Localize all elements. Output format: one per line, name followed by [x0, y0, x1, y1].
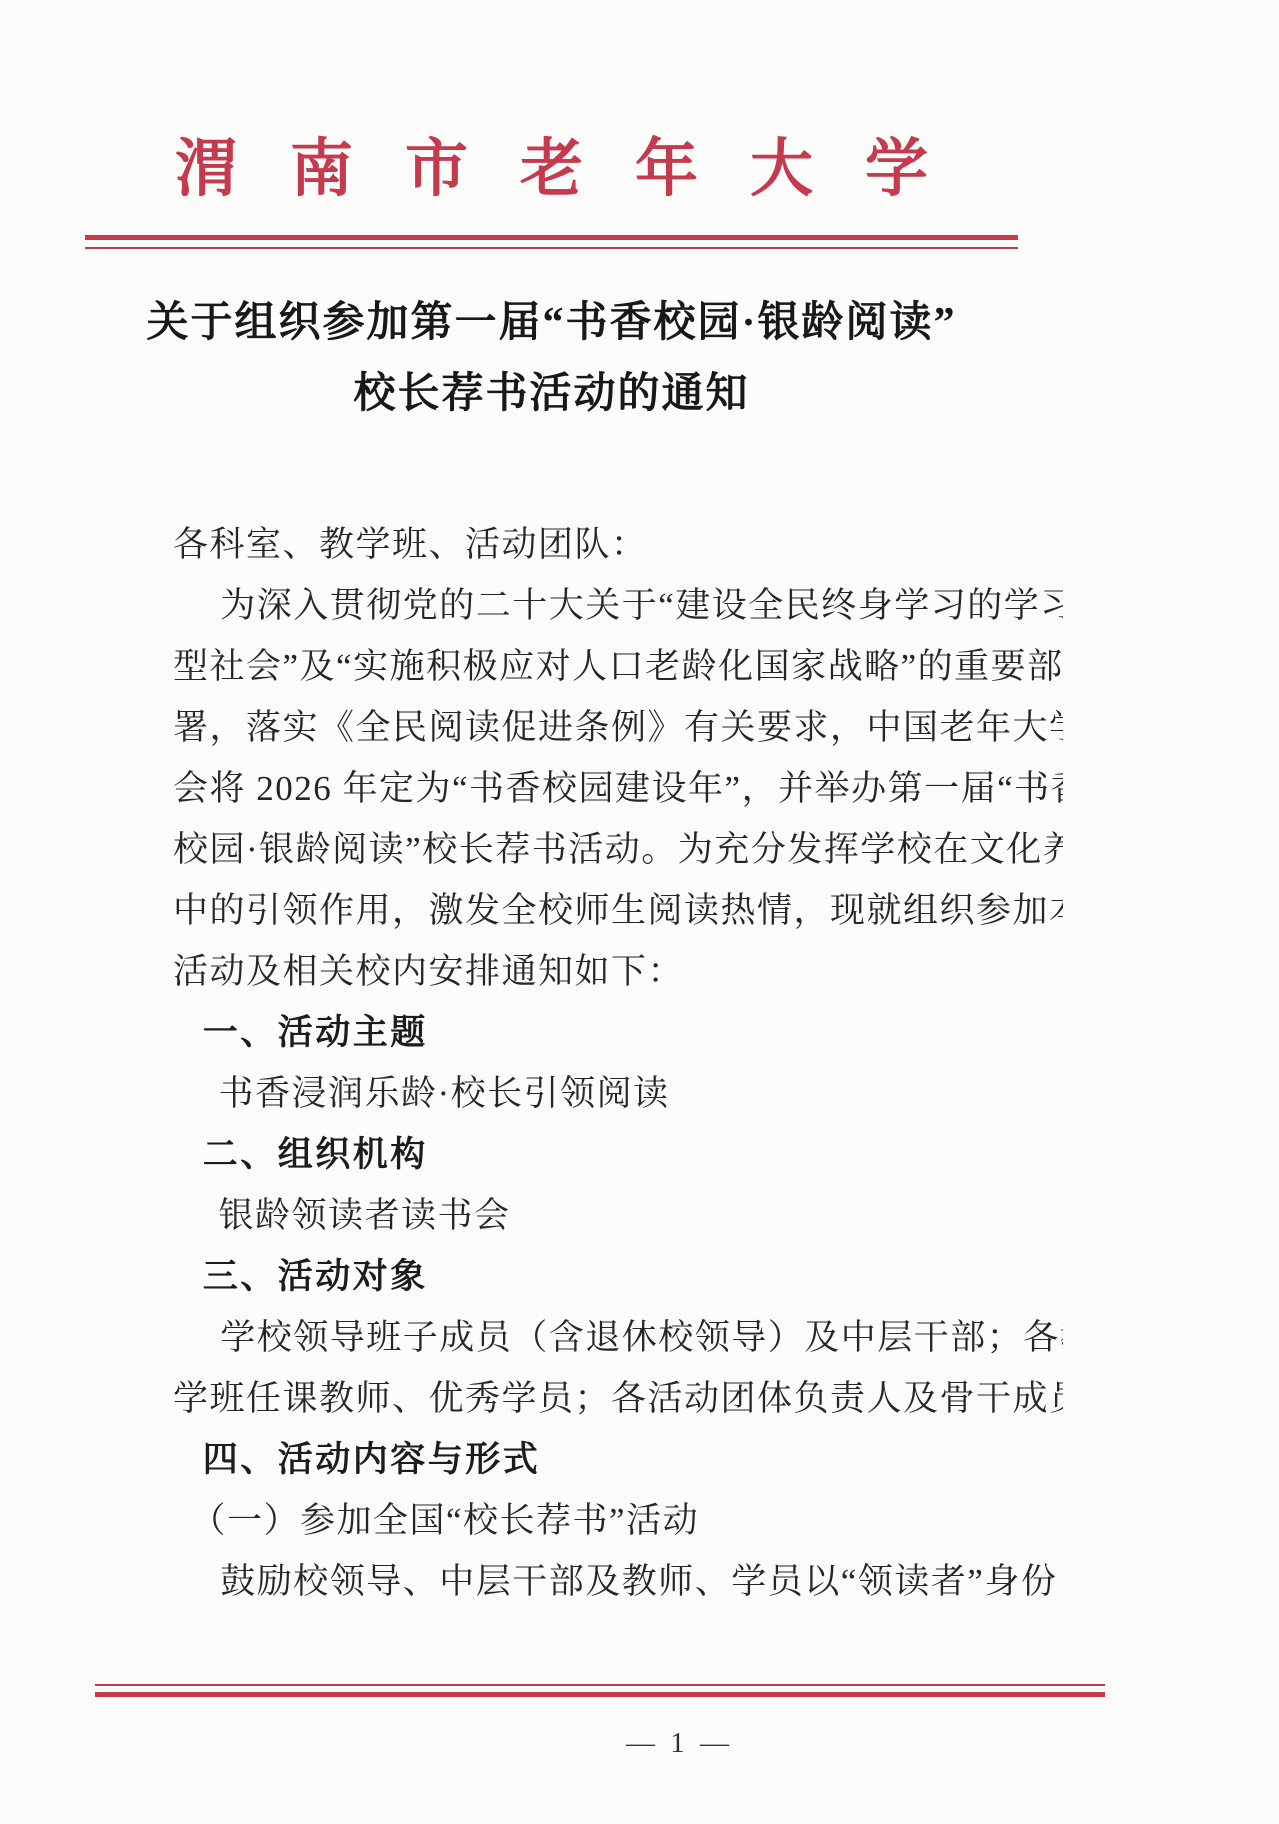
- footer-rule-thick: [95, 1692, 1105, 1697]
- document-line: 学校领导班子成员（含退休校领导）及中层干部；各教: [173, 1307, 1063, 1368]
- document-line: 会将 2026 年定为“书香校园建设年”，并举办第一届“书香: [173, 758, 1063, 819]
- document-title-line1: 关于组织参加第一届“书香校园·银龄阅读”: [85, 288, 1018, 359]
- letterhead-rule-thick: [85, 235, 1018, 240]
- letterhead-org-name: 渭南市老年大学: [85, 133, 1018, 205]
- document-line: 署，落实《全民阅读促进条例》有关要求，中国老年大学协: [173, 697, 1063, 758]
- page-number: — 1 —: [40, 1724, 1279, 1762]
- document-line: 鼓励校领导、中层干部及教师、学员以“领读者”身份: [173, 1551, 1063, 1612]
- document-line: 中的引领作用，激发全校师生阅读热情，现就组织参加本次: [173, 880, 1063, 941]
- document-line: 为深入贯彻党的二十大关于“建设全民终身学习的学习: [173, 575, 1063, 636]
- document-line: 三、活动对象: [173, 1246, 1063, 1307]
- document-line: 银龄领读者读书会: [173, 1185, 1063, 1246]
- document-line: 学班任课教师、优秀学员；各活动团体负责人及骨干成员。: [173, 1368, 1063, 1429]
- letterhead-rule-thin: [85, 247, 1018, 249]
- document-line: 活动及相关校内安排通知如下：: [173, 941, 1063, 1002]
- document-line: 四、活动内容与形式: [173, 1429, 1063, 1490]
- footer-rule-thin: [95, 1684, 1105, 1686]
- document-line: 各科室、教学班、活动团队：: [173, 514, 1063, 575]
- document-body: 各科室、教学班、活动团队：为深入贯彻党的二十大关于“建设全民终身学习的学习型社会…: [173, 514, 1063, 1612]
- document-line: 型社会”及“实施积极应对人口老龄化国家战略”的重要部: [173, 636, 1063, 697]
- document-line: 二、组织机构: [173, 1124, 1063, 1185]
- document-page: 渭南市老年大学 关于组织参加第一届“书香校园·银龄阅读” 校长荐书活动的通知 各…: [0, 0, 1279, 1824]
- document-title-line2: 校长荐书活动的通知: [85, 359, 1018, 430]
- document-title: 关于组织参加第一届“书香校园·银龄阅读” 校长荐书活动的通知: [85, 288, 1018, 430]
- document-line: 一、活动主题: [173, 1002, 1063, 1063]
- document-line: 书香浸润乐龄·校长引领阅读: [173, 1063, 1063, 1124]
- document-line: （一）参加全国“校长荐书”活动: [173, 1490, 1063, 1551]
- document-line: 校园·银龄阅读”校长荐书活动。为充分发挥学校在文化养老: [173, 819, 1063, 880]
